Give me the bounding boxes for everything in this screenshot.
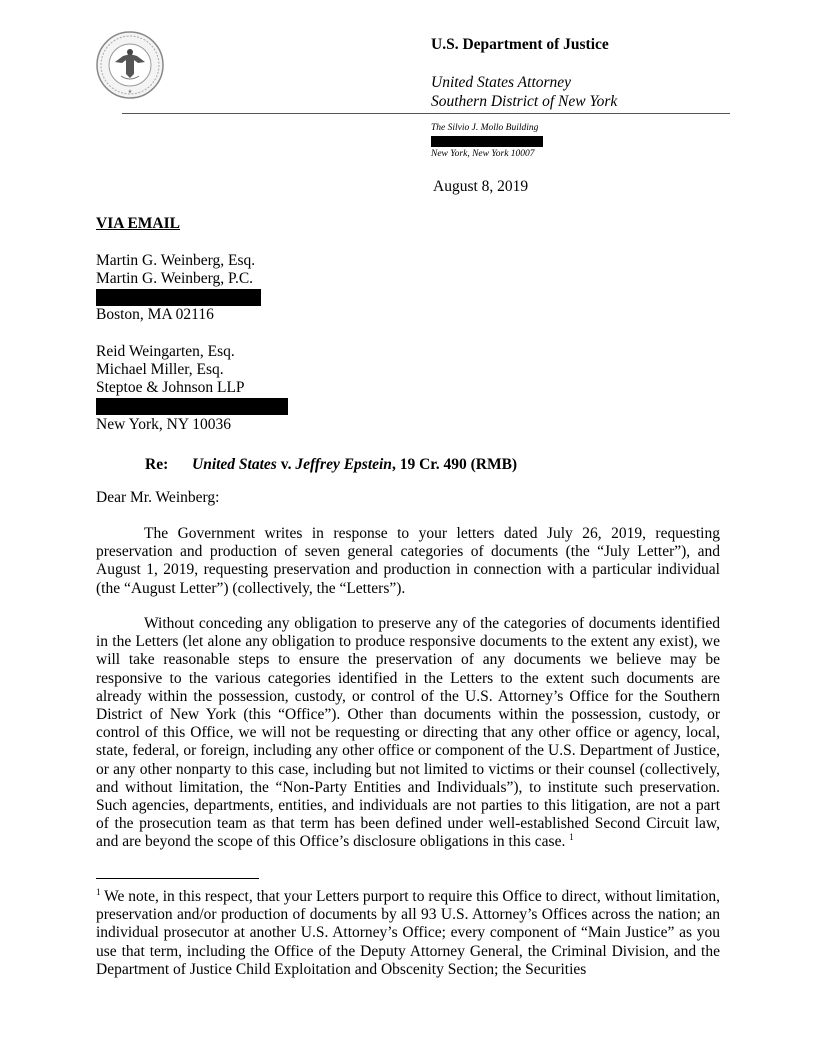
office-address: The Silvio J. Mollo Building New York, N… bbox=[431, 122, 543, 161]
svg-text:★: ★ bbox=[128, 89, 133, 95]
letter-date: August 8, 2019 bbox=[433, 178, 528, 196]
case-versus: v. bbox=[277, 456, 296, 473]
office-city: New York, New York 10007 bbox=[431, 148, 543, 161]
footnote-reference[interactable]: 1 bbox=[569, 832, 574, 842]
letterhead-divider bbox=[122, 113, 730, 114]
building-name: The Silvio J. Mollo Building bbox=[431, 122, 543, 135]
office-line-2: Southern District of New York bbox=[431, 92, 617, 111]
footnote-divider bbox=[96, 878, 259, 879]
recipient-block-1: Martin G. Weinberg, Esq. Martin G. Weinb… bbox=[96, 252, 261, 325]
recipient-firm: Steptoe & Johnson LLP bbox=[96, 379, 288, 397]
office-line-1: United States Attorney bbox=[431, 73, 617, 92]
recipient-name: Reid Weingarten, Esq. bbox=[96, 343, 288, 361]
recipient-firm: Martin G. Weinberg, P.C. bbox=[96, 270, 261, 288]
footnote-number: 1 bbox=[96, 887, 101, 897]
case-party-2: Jeffrey Epstein bbox=[295, 456, 392, 473]
recipient-block-2: Reid Weingarten, Esq. Michael Miller, Es… bbox=[96, 343, 288, 434]
redacted-address bbox=[96, 398, 288, 415]
redacted-address bbox=[96, 289, 261, 306]
body-paragraph-2: Without conceding any obligation to pres… bbox=[96, 615, 720, 852]
doj-seal-icon: ★ bbox=[93, 30, 167, 100]
recipient-city: Boston, MA 02116 bbox=[96, 306, 261, 324]
recipient-city: New York, NY 10036 bbox=[96, 416, 288, 434]
subject-line: Re:United States v. Jeffrey Epstein, 19 … bbox=[145, 456, 517, 474]
footnote-1: 1 We note, in this respect, that your Le… bbox=[96, 888, 720, 979]
salutation: Dear Mr. Weinberg: bbox=[96, 489, 219, 507]
paragraph-text: Without conceding any obligation to pres… bbox=[96, 615, 720, 850]
office-name: United States Attorney Southern District… bbox=[431, 73, 617, 111]
redacted-street-address bbox=[431, 136, 543, 147]
recipient-name: Martin G. Weinberg, Esq. bbox=[96, 252, 261, 270]
re-label: Re: bbox=[145, 456, 192, 474]
delivery-method: VIA EMAIL bbox=[96, 215, 180, 233]
case-party-1: United States bbox=[192, 456, 277, 473]
department-name: U.S. Department of Justice bbox=[431, 36, 609, 54]
footnote-text: We note, in this respect, that your Lett… bbox=[96, 888, 720, 978]
case-docket: , 19 Cr. 490 (RMB) bbox=[392, 456, 517, 473]
body-paragraph-1: The Government writes in response to you… bbox=[96, 525, 720, 598]
recipient-name: Michael Miller, Esq. bbox=[96, 361, 288, 379]
